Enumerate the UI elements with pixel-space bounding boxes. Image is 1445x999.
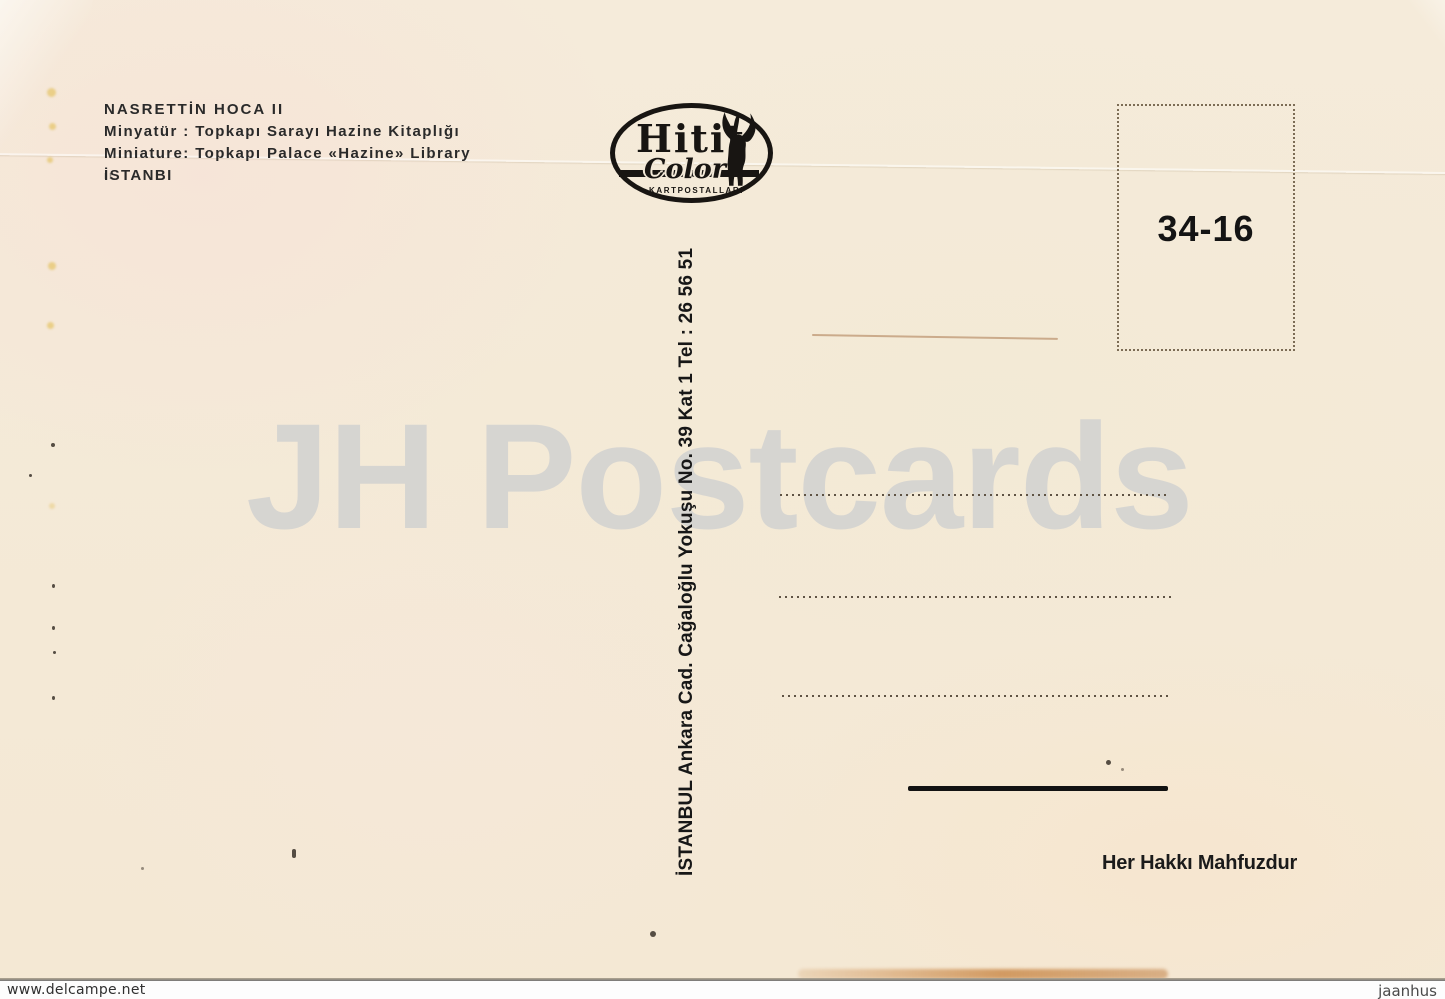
seller-watermark: jaanhus — [1378, 982, 1437, 999]
address-line-3 — [782, 695, 1170, 697]
stamp-box: 34-16 — [1117, 104, 1295, 351]
hitit-logo: Hitit Color KARTPOSTALLARI — [600, 96, 790, 216]
caption-english: Miniature: Topkapı Palace «Hazine» Libra… — [104, 143, 524, 165]
address-line-1 — [780, 494, 1168, 496]
ink-speck — [29, 474, 32, 477]
ink-speck — [1106, 760, 1111, 765]
publisher-address-vertical: İSTANBUL Ankara Cad. Cağaloğlu Yokuşu No… — [676, 248, 698, 876]
address-line-2 — [779, 596, 1172, 598]
stag-icon — [712, 110, 764, 188]
serial-number: 34-16 — [1119, 208, 1293, 250]
ink-speck — [292, 849, 296, 858]
card-title: NASRETTİN HOCA II — [104, 99, 524, 121]
faint-pencil-line — [812, 334, 1058, 340]
ink-speck — [53, 651, 56, 654]
scan-footer: www.delcampe.net jaanhus — [0, 981, 1445, 999]
ink-speck — [52, 696, 55, 700]
yellow-spot — [47, 322, 54, 329]
ink-speck — [52, 626, 55, 630]
ink-speck — [650, 931, 656, 937]
ink-speck — [1121, 768, 1124, 771]
yellow-spot — [48, 262, 56, 270]
yellow-spot — [47, 88, 56, 97]
ink-speck — [52, 584, 55, 588]
caption-turkish: Minyatür : Topkapı Sarayı Hazine Kitaplı… — [104, 121, 524, 143]
postcard-back: JH Postcards NASRETTİN HOCA II Minyatür … — [0, 0, 1445, 981]
yellow-spot — [49, 503, 55, 509]
yellow-spot — [47, 157, 53, 163]
yellow-spot — [49, 123, 56, 130]
city-faded-text: ıı — [104, 165, 114, 187]
delcampe-watermark: www.delcampe.net — [7, 982, 146, 998]
corner-crease-top-right — [1401, 0, 1445, 61]
rights-notice: Her Hakkı Mahfuzdur — [1102, 852, 1297, 875]
ink-speck — [141, 867, 144, 870]
signature-divider-line — [908, 786, 1168, 791]
city-text: İSTANBI — [104, 165, 173, 187]
caption-block: NASRETTİN HOCA II Minyatür : Topkapı Sar… — [104, 99, 524, 165]
ink-speck — [51, 443, 55, 447]
postcard-scan: JH Postcards NASRETTİN HOCA II Minyatür … — [0, 0, 1445, 999]
watermark-brand-text: JH Postcards — [246, 401, 1193, 551]
